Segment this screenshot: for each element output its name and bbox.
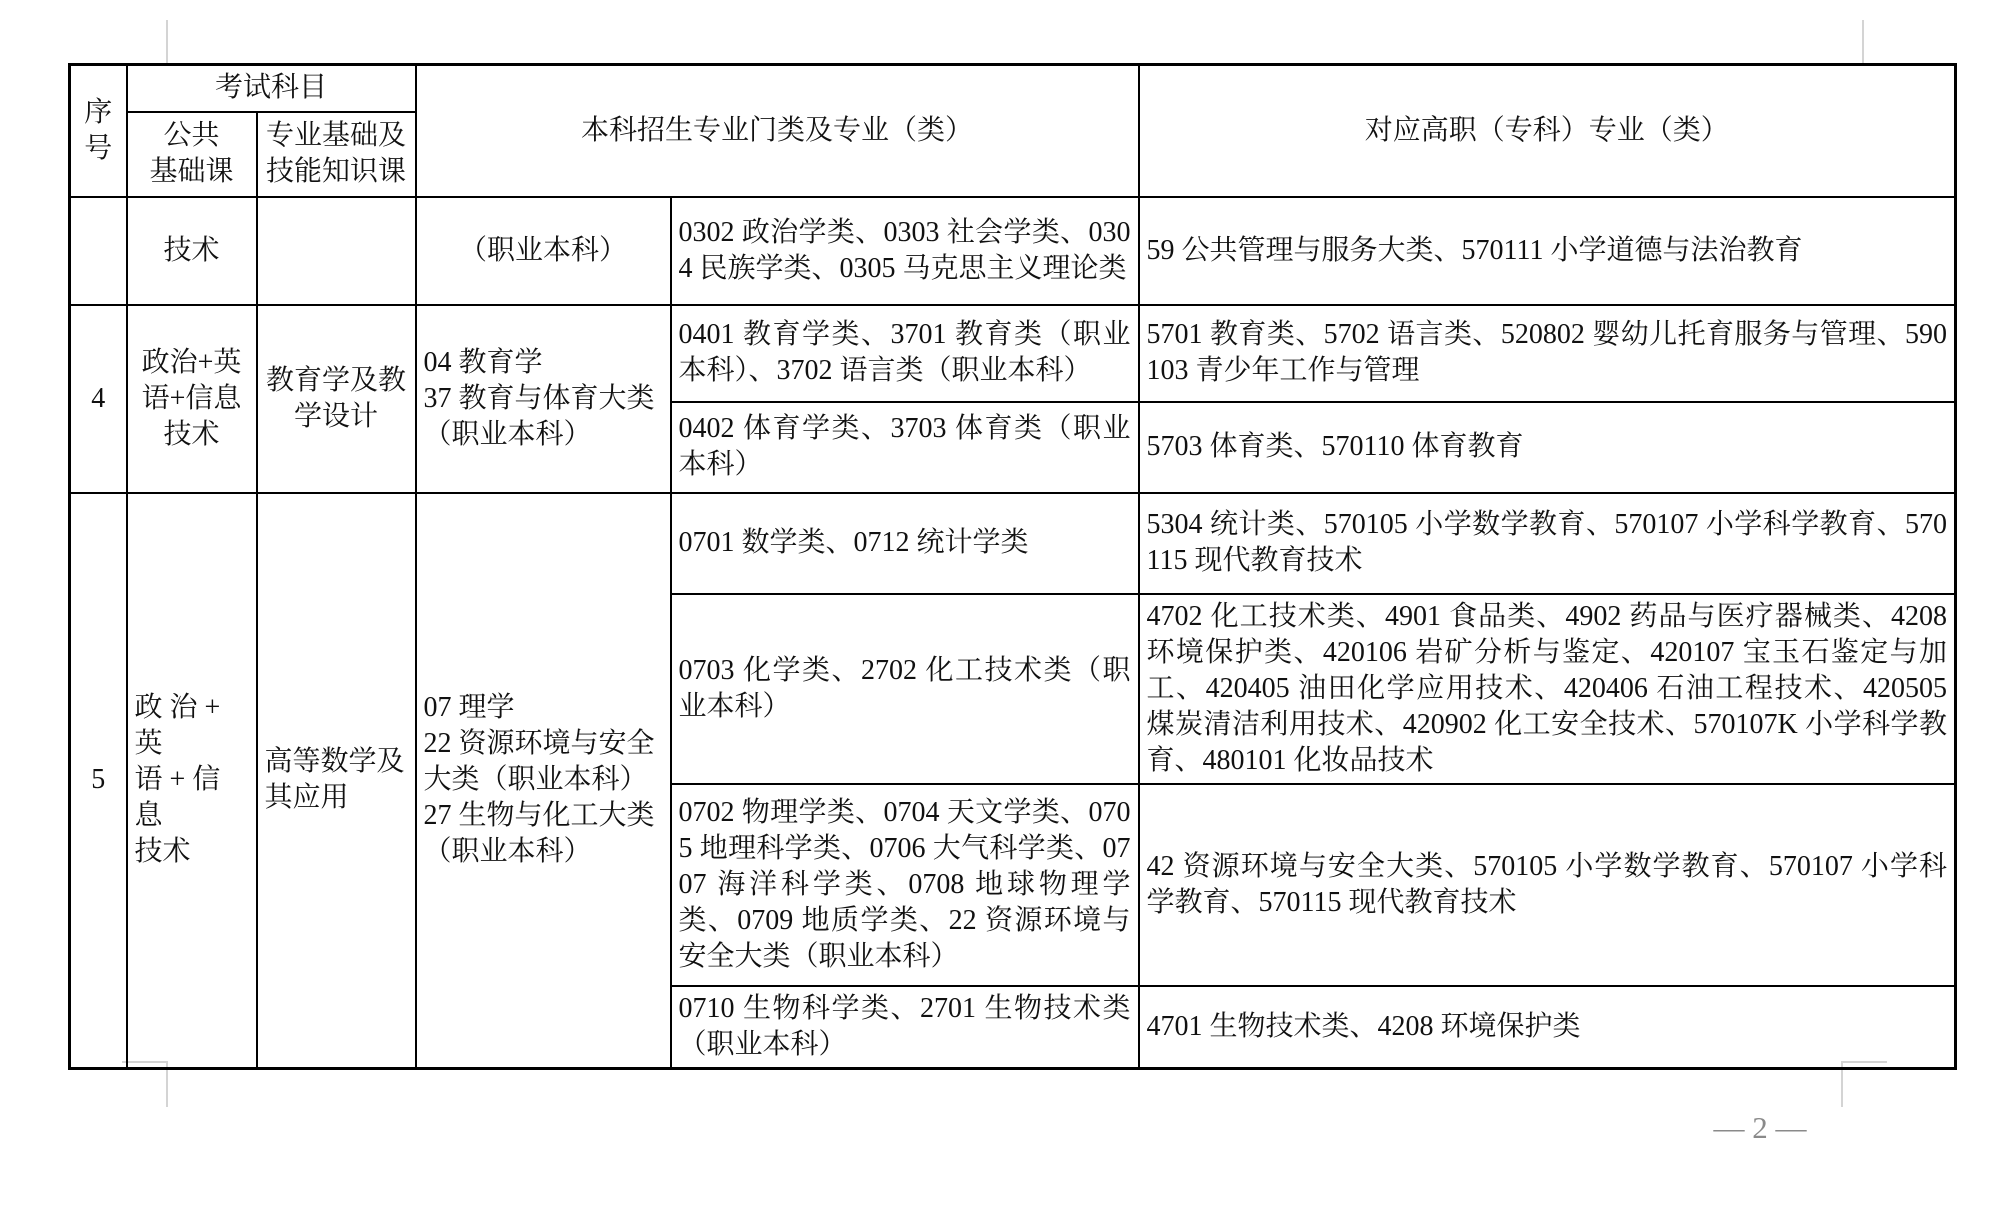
crop-mark-top-left — [122, 20, 168, 66]
crop-mark-top-right — [1862, 20, 1908, 66]
row4-subrow1-vocational: 5701 教育类、5702 语言类、520802 婴幼儿托育服务与管理、5901… — [1139, 305, 1956, 402]
row4-seq: 4 — [70, 305, 127, 493]
row3-major-group: （职业本科） — [416, 197, 671, 305]
majors-mapping-table: 序号 考试科目 本科招生专业门类及专业（类） 对应高职（专科）专业（类） 公共 … — [68, 63, 1957, 1070]
row3-seq — [70, 197, 127, 305]
row5-subrow4-vocational: 4701 生物技术类、4208 环境保护类 — [1139, 986, 1956, 1069]
header-public-basic: 公共 基础课 — [127, 112, 257, 197]
header-vocational-majors: 对应高职（专科）专业（类） — [1139, 65, 1956, 197]
row5-subrow4-majors: 0710 生物科学类、2701 生物技术类（职业本科） — [671, 986, 1139, 1069]
row5-major-group: 07 理学 22 资源环境与安全 大类（职业本科） 27 生物与化工大类 （职业… — [416, 493, 671, 1069]
row4-public-basic: 政治+英 语+信息 技术 — [127, 305, 257, 493]
row5-subrow1-majors: 0701 数学类、0712 统计学类 — [671, 493, 1139, 594]
row5-professional-basic: 高等数学及 其应用 — [257, 493, 416, 1069]
row5-subrow2-vocational: 4702 化工技术类、4901 食品类、4902 药品与医疗器械类、4208 环… — [1139, 594, 1956, 784]
row3-majors: 0302 政治学类、0303 社会学类、0304 民族学类、0305 马克思主义… — [671, 197, 1139, 305]
row5-seq: 5 — [70, 493, 127, 1069]
row3-vocational: 59 公共管理与服务大类、570111 小学道德与法治教育 — [1139, 197, 1956, 305]
row4-major-group: 04 教育学 37 教育与体育大类 （职业本科） — [416, 305, 671, 493]
row5-subrow3-majors: 0702 物理学类、0704 天文学类、0705 地理科学类、0706 大气科学… — [671, 784, 1139, 986]
row5-subrow1-vocational: 5304 统计类、570105 小学数学教育、570107 小学科学教育、570… — [1139, 493, 1956, 594]
row5-subrow2-majors: 0703 化学类、2702 化工技术类（职业本科） — [671, 594, 1139, 784]
page-number: — 2 — — [1665, 1110, 1855, 1146]
row3-professional-basic — [257, 197, 416, 305]
row4-subrow2-majors: 0402 体育学类、3703 体育类（职业本科） — [671, 402, 1139, 493]
document-page: 序号 考试科目 本科招生专业门类及专业（类） 对应高职（专科）专业（类） 公共 … — [0, 0, 2012, 1219]
row4-subrow2-vocational: 5703 体育类、570110 体育教育 — [1139, 402, 1956, 493]
header-undergrad-majors: 本科招生专业门类及专业（类） — [416, 65, 1139, 197]
row4-subrow1-majors: 0401 教育学类、3701 教育类（职业本科）、3702 语言类（职业本科） — [671, 305, 1139, 402]
header-exam-subjects: 考试科目 — [127, 65, 416, 112]
header-seq: 序号 — [70, 65, 127, 197]
row5-subrow3-vocational: 42 资源环境与安全大类、570105 小学数学教育、570107 小学科学教育… — [1139, 784, 1956, 986]
row3-public-basic: 技术 — [127, 197, 257, 305]
row4-professional-basic: 教育学及教 学设计 — [257, 305, 416, 493]
row5-public-basic: 政 治 + 英 语 + 信 息 技术 — [127, 493, 257, 1069]
header-professional-basic: 专业基础及 技能知识课 — [257, 112, 416, 197]
